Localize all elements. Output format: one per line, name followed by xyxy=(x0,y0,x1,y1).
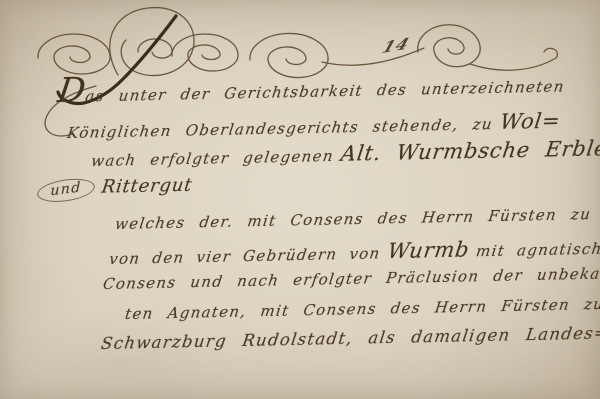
line-3-text: wach erfolgter gelegenen xyxy=(90,147,335,170)
manuscript-line-4: undRittergut xyxy=(36,175,194,202)
line-2-emphasized-word: Wol= xyxy=(499,109,563,134)
manuscript-page: 14 Das unter der Gerichtsbarkeit des unt… xyxy=(0,0,600,399)
flourish-spiral-left xyxy=(38,34,110,74)
flourish-big-loop xyxy=(110,8,194,76)
line-6-emphasized-word: Wurmb xyxy=(386,237,471,263)
flourish-spiral-right xyxy=(418,25,480,67)
circled-word: und xyxy=(37,176,95,205)
line-4-text: Rittergut xyxy=(100,175,193,198)
line-6-text-post: mit agnatischem xyxy=(475,239,600,260)
flourish-connector xyxy=(322,48,424,65)
flourish-tail xyxy=(470,48,557,70)
flourish-spiral-mid2 xyxy=(250,33,328,77)
